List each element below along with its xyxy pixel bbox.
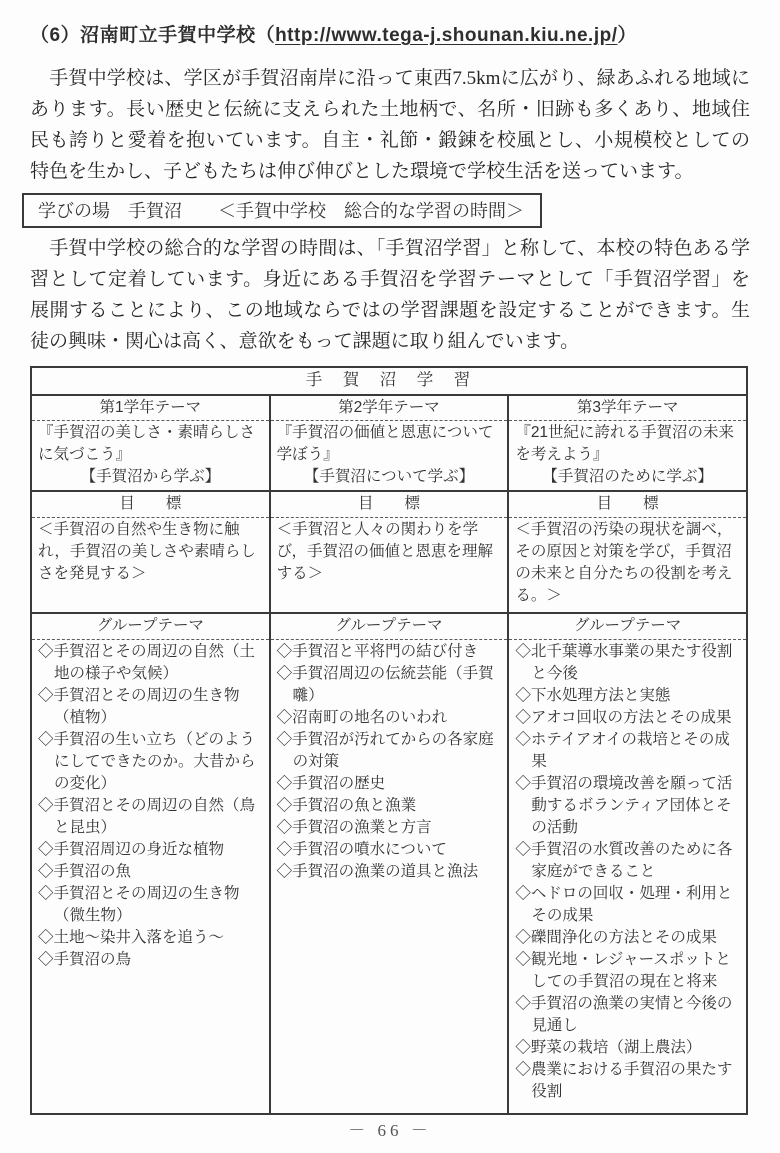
group-theme-item: ◇手賀沼の歴史 bbox=[277, 773, 502, 795]
school-url-link[interactable]: http://www.tega-j.shounan.kiu.ne.jp/ bbox=[275, 25, 617, 46]
grade3-theme-title: 『21世紀に誇れる手賀沼の未来を考えよう』 bbox=[515, 422, 740, 466]
grade2-goal-header: 目 標 bbox=[270, 491, 509, 518]
group-theme-item: ◇手賀沼の噴水について bbox=[277, 839, 502, 861]
grade1-group-header: グループテーマ bbox=[31, 613, 270, 640]
grade2-theme-cell: 『手賀沼の価値と恩恵について学ぼう』 【手賀沼について学ぶ】 bbox=[270, 421, 509, 492]
group-theme-item: ◇手賀沼の漁業の道具と漁法 bbox=[277, 861, 502, 883]
group-theme-item: ◇手賀沼の漁業と方言 bbox=[277, 817, 502, 839]
grade3-theme-subtitle: 【手賀沼のために学ぶ】 bbox=[515, 466, 740, 488]
group-theme-list-row: ◇手賀沼とその周辺の自然（土地の様子や気候）◇手賀沼とその周辺の生き物（植物）◇… bbox=[31, 639, 747, 1114]
grade1-theme-title: 『手賀沼の美しさ・素晴らしさに気づこう』 bbox=[38, 422, 263, 466]
grade3-goal-cell: ＜手賀沼の汚染の現状を調べ，その原因と対策を学び，手賀沼の未来と自分たちの役割を… bbox=[508, 518, 747, 613]
grade1-goal-cell: ＜手賀沼の自然や生き物に触れ，手賀沼の美しさや素晴らしさを発見する＞ bbox=[31, 518, 270, 613]
grade3-theme-header: 第3学年テーマ bbox=[508, 395, 747, 421]
grade2-theme-subtitle: 【手賀沼について学ぶ】 bbox=[277, 466, 502, 488]
group-theme-item: ◇手賀沼とその周辺の自然（鳥と昆虫） bbox=[38, 795, 263, 839]
group-theme-item: ◇手賀沼の魚 bbox=[38, 861, 263, 883]
group-theme-item: ◇手賀沼とその周辺の生き物（植物） bbox=[38, 685, 263, 729]
grade1-group-list: ◇手賀沼とその周辺の自然（土地の様子や気候）◇手賀沼とその周辺の生き物（植物）◇… bbox=[31, 639, 270, 1114]
group-theme-item: ◇北千葉導水事業の果たす役割と今後 bbox=[515, 641, 740, 685]
group-theme-item: ◇手賀沼周辺の伝統芸能（手賀囃） bbox=[277, 663, 502, 707]
group-theme-item: ◇ホテイアオイの栽培とその成果 bbox=[515, 729, 740, 773]
grade2-goal-text: ＜手賀沼と人々の関わりを学び，手賀沼の価値と恩恵を理解する＞ bbox=[277, 519, 502, 585]
section-label: 学びの場 手賀沼 ＜手賀中学校 総合的な学習の時間＞ bbox=[38, 201, 524, 221]
group-theme-item: ◇手賀沼の魚と漁業 bbox=[277, 795, 502, 817]
school-name-prefix: （6）沼南町立手賀中学校（ bbox=[30, 25, 275, 46]
grade3-group-list: ◇北千葉導水事業の果たす役割と今後◇下水処理方法と実態◇アオコ回収の方法とその成… bbox=[508, 639, 747, 1114]
group-theme-item: ◇アオコ回収の方法とその成果 bbox=[515, 707, 740, 729]
group-theme-item: ◇下水処理方法と実態 bbox=[515, 685, 740, 707]
section-label-box: 学びの場 手賀沼 ＜手賀中学校 総合的な学習の時間＞ bbox=[22, 193, 542, 228]
group-theme-item: ◇手賀沼の環境改善を願って活動するボランティア団体とその活動 bbox=[515, 773, 740, 839]
grade1-goal-text: ＜手賀沼の自然や生き物に触れ，手賀沼の美しさや素晴らしさを発見する＞ bbox=[38, 519, 263, 585]
grade2-group-list: ◇手賀沼と平将門の結び付き◇手賀沼周辺の伝統芸能（手賀囃）◇沼南町の地名のいわれ… bbox=[270, 639, 509, 1114]
grade1-theme-header: 第1学年テーマ bbox=[31, 395, 270, 421]
grade3-group-header: グループテーマ bbox=[508, 613, 747, 640]
group-theme-item: ◇観光地・レジャースポットとしての手賀沼の現在と将来 bbox=[515, 949, 740, 993]
grade1-theme-subtitle: 【手賀沼から学ぶ】 bbox=[38, 466, 263, 488]
group-theme-item: ◇手賀沼とその周辺の自然（土地の様子や気候） bbox=[38, 641, 263, 685]
group-theme-item: ◇ヘドロの回収・処理・利用とその成果 bbox=[515, 883, 740, 927]
grade2-theme-title: 『手賀沼の価値と恩恵について学ぼう』 bbox=[277, 422, 502, 466]
group-theme-item: ◇土地～染井入落を追う～ bbox=[38, 927, 263, 949]
grade3-goal-header: 目 標 bbox=[508, 491, 747, 518]
group-theme-item: ◇手賀沼とその周辺の生き物（微生物） bbox=[38, 883, 263, 927]
page-number: － 66 － bbox=[0, 1116, 780, 1141]
group-theme-item: ◇手賀沼の鳥 bbox=[38, 949, 263, 971]
grade2-goal-cell: ＜手賀沼と人々の関わりを学び，手賀沼の価値と恩恵を理解する＞ bbox=[270, 518, 509, 613]
group-theme-item: ◇野菜の栽培（湖上農法） bbox=[515, 1037, 740, 1059]
learning-paragraph: 手賀中学校の総合的な学習の時間は、「手賀沼学習」と称して、本校の特色ある学習とし… bbox=[30, 233, 750, 357]
group-theme-item: ◇手賀沼が汚れてからの各家庭の対策 bbox=[277, 729, 502, 773]
group-theme-item: ◇手賀沼の生い立ち（どのようにしてできたのか。大昔からの変化） bbox=[38, 729, 263, 795]
document-page: （6）沼南町立手賀中学校（http://www.tega-j.shounan.k… bbox=[0, 0, 780, 1153]
goal-header-row: 目 標 目 標 目 標 bbox=[31, 491, 747, 518]
group-theme-item: ◇沼南町の地名のいわれ bbox=[277, 707, 502, 729]
group-theme-item: ◇手賀沼の漁業の実情と今後の見通し bbox=[515, 993, 740, 1037]
grade1-goal-header: 目 標 bbox=[31, 491, 270, 518]
table-title-row: 手 賀 沼 学 習 bbox=[31, 367, 747, 395]
intro-paragraph: 手賀中学校は、学区が手賀沼南岸に沿って東西7.5kmに広がり、緑あふれる地域にあ… bbox=[30, 63, 750, 187]
group-theme-item: ◇手賀沼の水質改善のために各家庭ができること bbox=[515, 839, 740, 883]
grade2-theme-header: 第2学年テーマ bbox=[270, 395, 509, 421]
group-theme-header-row: グループテーマ グループテーマ グループテーマ bbox=[31, 613, 747, 640]
page-title: （6）沼南町立手賀中学校（http://www.tega-j.shounan.k… bbox=[30, 20, 750, 47]
goal-row: ＜手賀沼の自然や生き物に触れ，手賀沼の美しさや素晴らしさを発見する＞ ＜手賀沼と… bbox=[31, 518, 747, 613]
table-title: 手 賀 沼 学 習 bbox=[31, 367, 747, 395]
grade3-goal-text: ＜手賀沼の汚染の現状を調べ，その原因と対策を学び，手賀沼の未来と自分たちの役割を… bbox=[515, 519, 740, 607]
group-theme-item: ◇農業における手賀沼の果たす役割 bbox=[515, 1059, 740, 1103]
grade-theme-header-row: 第1学年テーマ 第2学年テーマ 第3学年テーマ bbox=[31, 395, 747, 421]
group-theme-item: ◇手賀沼周辺の身近な植物 bbox=[38, 839, 263, 861]
group-theme-item: ◇礫間浄化の方法とその成果 bbox=[515, 927, 740, 949]
group-theme-item: ◇手賀沼と平将門の結び付き bbox=[277, 641, 502, 663]
grade1-theme-cell: 『手賀沼の美しさ・素晴らしさに気づこう』 【手賀沼から学ぶ】 bbox=[31, 421, 270, 492]
grade-theme-row: 『手賀沼の美しさ・素晴らしさに気づこう』 【手賀沼から学ぶ】 『手賀沼の価値と恩… bbox=[31, 421, 747, 492]
grade2-group-header: グループテーマ bbox=[270, 613, 509, 640]
grade3-theme-cell: 『21世紀に誇れる手賀沼の未来を考えよう』 【手賀沼のために学ぶ】 bbox=[508, 421, 747, 492]
teganuma-learning-table: 手 賀 沼 学 習 第1学年テーマ 第2学年テーマ 第3学年テーマ 『手賀沼の美… bbox=[30, 366, 748, 1115]
heading-suffix: ） bbox=[617, 25, 637, 46]
